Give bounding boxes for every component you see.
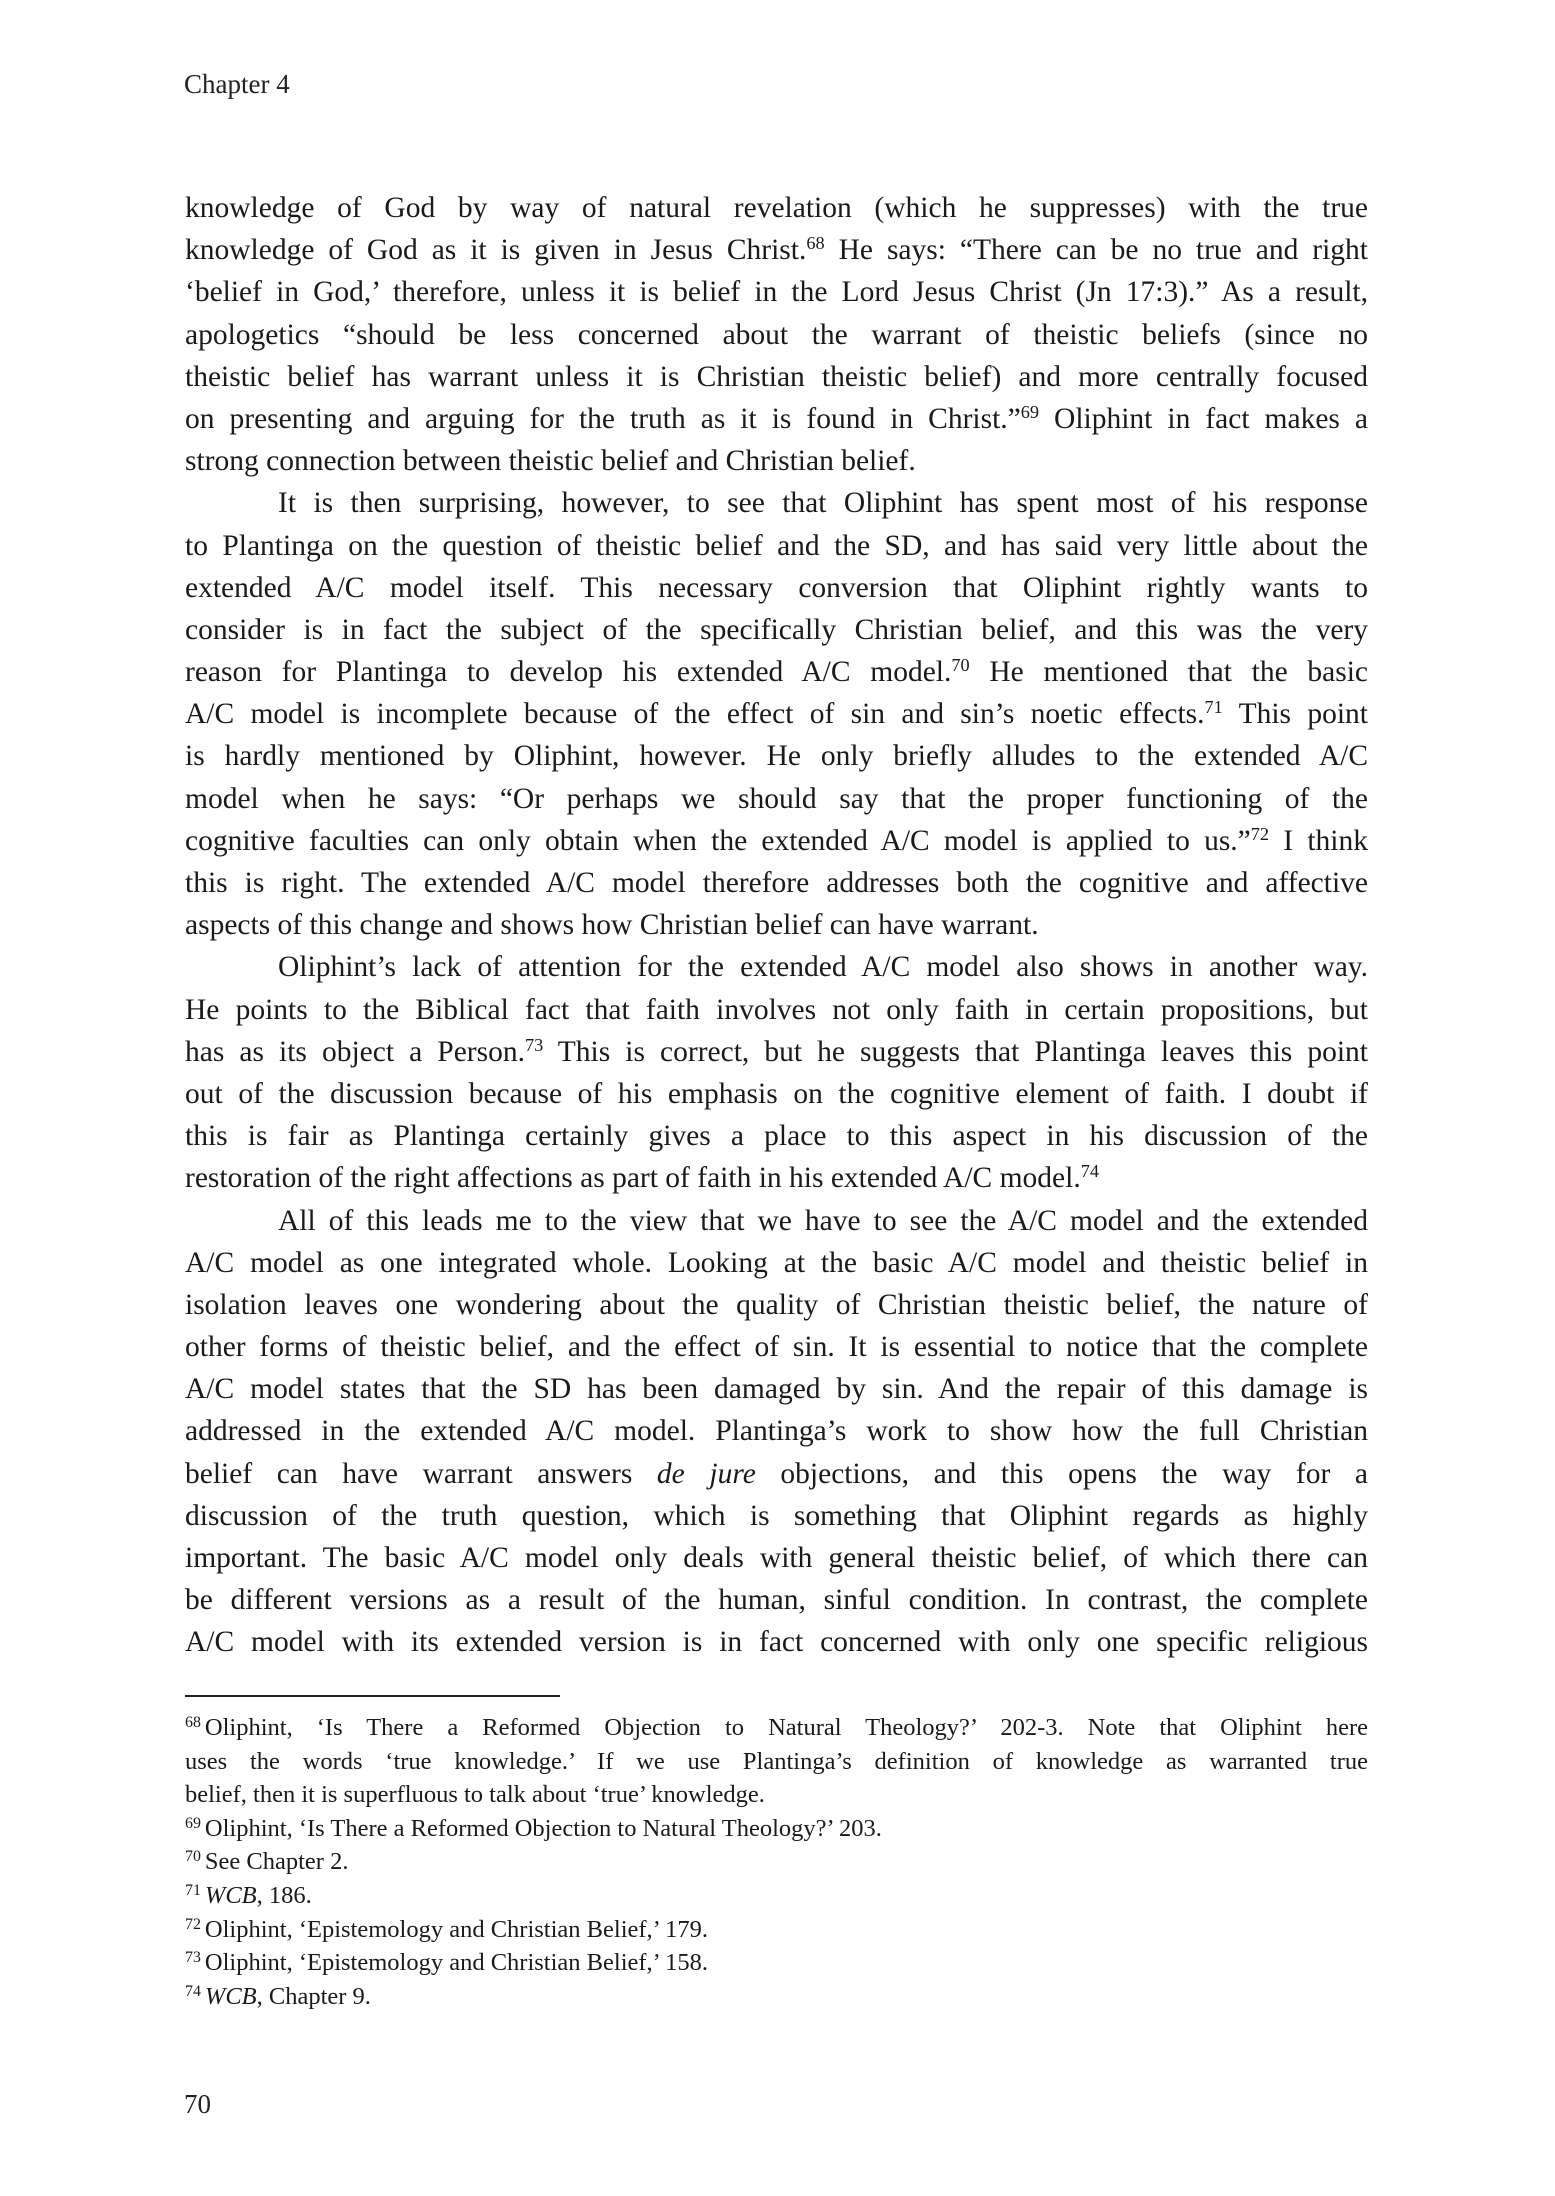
footnote-number: 70 (185, 1848, 201, 1865)
body-line: other forms of theistic belief, and the … (185, 1326, 1368, 1368)
text-run: It is then surprising, however, to see t… (278, 487, 1368, 519)
text-run: belief can have warrant answers (185, 1458, 657, 1490)
footnote-reference: 73 (525, 1035, 543, 1055)
footnote-reference: 70 (951, 655, 969, 675)
body-line: A/C model is incomplete because of the e… (185, 693, 1368, 735)
body-line: to Plantinga on the question of theistic… (185, 525, 1368, 567)
text-run: See Chapter 2. (205, 1848, 349, 1875)
text-run: to Plantinga on the question of theistic… (185, 530, 1368, 562)
footnote-reference: 74 (1081, 1161, 1099, 1181)
body-line: A/C model states that the SD has been da… (185, 1368, 1368, 1410)
text-run: He says: “There can be no true and right (825, 234, 1368, 266)
body-line: ‘belief in God,’ therefore, unless it is… (185, 271, 1368, 313)
italic-text: de jure (657, 1458, 756, 1490)
running-head: Chapter 4 (184, 68, 290, 100)
body-line: this is fair as Plantinga certainly give… (185, 1115, 1368, 1157)
text-run: out of the discussion because of his emp… (185, 1078, 1368, 1110)
body-line: is hardly mentioned by Oliphint, however… (185, 735, 1368, 777)
body-line: A/C model as one integrated whole. Looki… (185, 1242, 1368, 1284)
body-line: cognitive faculties can only obtain when… (185, 820, 1368, 862)
footnote-reference: 69 (1021, 402, 1039, 422)
footnote-line: 69Oliphint, ‘Is There a Reformed Objecti… (185, 1812, 1368, 1846)
footnote-number: 68 (185, 1714, 201, 1731)
text-run: A/C model is incomplete because of the e… (185, 698, 1205, 730)
body-line: extended A/C model itself. This necessar… (185, 567, 1368, 609)
footnote-reference: 72 (1251, 824, 1269, 844)
footnote-number: 73 (185, 1949, 201, 1966)
text-run: aspects of this change and shows how Chr… (185, 909, 1039, 941)
text-run: reason for Plantinga to develop his exte… (185, 656, 951, 688)
text-run: , 186. (257, 1882, 312, 1909)
text-run: He mentioned that the basic (970, 656, 1368, 688)
footnote-line: 73Oliphint, ‘Epistemology and Christian … (185, 1946, 1368, 1980)
footnote-number: 74 (185, 1983, 201, 2000)
text-run: uses the words ‘true knowledge.’ If we u… (185, 1748, 1368, 1775)
body-line: reason for Plantinga to develop his exte… (185, 651, 1368, 693)
footnote-separator (185, 1695, 560, 1697)
body-text: knowledge of God by way of natural revel… (185, 187, 1368, 1664)
body-line: out of the discussion because of his emp… (185, 1073, 1368, 1115)
text-run: this is fair as Plantinga certainly give… (185, 1120, 1368, 1152)
footnote-line: belief, then it is superfluous to talk a… (185, 1778, 1368, 1812)
body-line: knowledge of God as it is given in Jesus… (185, 229, 1368, 271)
text-run: restoration of the right affections as p… (185, 1162, 1081, 1194)
text-run: Oliphint, ‘Is There a Reformed Objection… (205, 1815, 882, 1842)
footnote-69: 69Oliphint, ‘Is There a Reformed Objecti… (185, 1812, 1368, 1846)
body-line: be different versions as a result of the… (185, 1579, 1368, 1621)
body-line: It is then surprising, however, to see t… (185, 482, 1368, 524)
text-run: Oliphint, ‘Epistemology and Christian Be… (205, 1949, 708, 1976)
text-run: Oliphint, ‘Is There a Reformed Objection… (205, 1714, 1368, 1741)
footnote-72: 72Oliphint, ‘Epistemology and Christian … (185, 1913, 1368, 1947)
footnote-line: 71WCB, 186. (185, 1879, 1368, 1913)
body-line: Oliphint’s lack of attention for the ext… (185, 946, 1368, 988)
italic-text: WCB (205, 1983, 257, 2010)
footnote-reference: 68 (806, 233, 824, 253)
text-run: model when he says: “Or perhaps we shoul… (185, 783, 1368, 815)
page-number: 70 (184, 2088, 211, 2120)
body-line: discussion of the truth question, which … (185, 1495, 1368, 1537)
text-run: important. The basic A/C model only deal… (185, 1542, 1368, 1574)
body-line: addressed in the extended A/C model. Pla… (185, 1410, 1368, 1452)
body-line: important. The basic A/C model only deal… (185, 1537, 1368, 1579)
body-line: aspects of this change and shows how Chr… (185, 904, 1368, 946)
body-line: A/C model with its extended version is i… (185, 1621, 1368, 1663)
footnote-71: 71WCB, 186. (185, 1879, 1368, 1913)
body-line: knowledge of God by way of natural revel… (185, 187, 1368, 229)
text-run: All of this leads me to the view that we… (278, 1205, 1368, 1237)
text-run: cognitive faculties can only obtain when… (185, 825, 1251, 857)
text-run: knowledge of God by way of natural revel… (185, 192, 1368, 224)
text-run: extended A/C model itself. This necessar… (185, 572, 1368, 604)
body-line: He points to the Biblical fact that fait… (185, 989, 1368, 1031)
text-run: addressed in the extended A/C model. Pla… (185, 1415, 1368, 1447)
footnote-line: 68Oliphint, ‘Is There a Reformed Objecti… (185, 1711, 1368, 1745)
body-line: belief can have warrant answers de jure … (185, 1453, 1368, 1495)
text-run: ‘belief in God,’ therefore, unless it is… (185, 276, 1368, 308)
text-run: A/C model as one integrated whole. Looki… (185, 1247, 1368, 1279)
footnote-line: uses the words ‘true knowledge.’ If we u… (185, 1745, 1368, 1779)
body-line: isolation leaves one wondering about the… (185, 1284, 1368, 1326)
footnote-74: 74WCB, Chapter 9. (185, 1980, 1368, 2014)
text-run: has as its object a Person. (185, 1036, 525, 1068)
body-line: strong connection between theistic belie… (185, 440, 1368, 482)
body-line: has as its object a Person.73 This is co… (185, 1031, 1368, 1073)
italic-text: WCB (205, 1882, 257, 1909)
footnote-number: 71 (185, 1882, 201, 1899)
text-run: strong connection between theistic belie… (185, 445, 916, 477)
body-line: All of this leads me to the view that we… (185, 1200, 1368, 1242)
footnote-number: 72 (185, 1916, 201, 1933)
text-run: discussion of the truth question, which … (185, 1500, 1368, 1532)
body-line: theistic belief has warrant unless it is… (185, 356, 1368, 398)
text-run: knowledge of God as it is given in Jesus… (185, 234, 806, 266)
footnote-line: 72Oliphint, ‘Epistemology and Christian … (185, 1913, 1368, 1947)
footnote-line: 74WCB, Chapter 9. (185, 1980, 1368, 2014)
footnote-line: 70See Chapter 2. (185, 1845, 1368, 1879)
text-run: , Chapter 9. (257, 1983, 371, 2010)
text-run: This is correct, but he suggests that Pl… (543, 1036, 1368, 1068)
body-line: consider is in fact the subject of the s… (185, 609, 1368, 651)
body-line: apologetics “should be less concerned ab… (185, 314, 1368, 356)
text-run: A/C model states that the SD has been da… (185, 1373, 1368, 1405)
text-run: apologetics “should be less concerned ab… (185, 319, 1368, 351)
text-run: Oliphint, ‘Epistemology and Christian Be… (205, 1916, 708, 1943)
body-line: this is right. The extended A/C model th… (185, 862, 1368, 904)
footnote-68: 68Oliphint, ‘Is There a Reformed Objecti… (185, 1711, 1368, 1812)
text-run: Oliphint in fact makes a (1039, 403, 1368, 435)
footnote-reference: 71 (1205, 697, 1223, 717)
text-run: other forms of theistic belief, and the … (185, 1331, 1368, 1363)
text-run: Oliphint’s lack of attention for the ext… (278, 951, 1368, 983)
text-run: He points to the Biblical fact that fait… (185, 994, 1368, 1026)
text-run: objections, and this opens the way for a (756, 1458, 1368, 1490)
text-run: be different versions as a result of the… (185, 1584, 1368, 1616)
text-run: I think (1269, 825, 1368, 857)
footnote-73: 73Oliphint, ‘Epistemology and Christian … (185, 1946, 1368, 1980)
body-line: on presenting and arguing for the truth … (185, 398, 1368, 440)
body-line: restoration of the right affections as p… (185, 1157, 1368, 1199)
text-run: theistic belief has warrant unless it is… (185, 361, 1368, 393)
text-run: this is right. The extended A/C model th… (185, 867, 1368, 899)
footnote-number: 69 (185, 1815, 201, 1832)
text-run: on presenting and arguing for the truth … (185, 403, 1021, 435)
text-run: consider is in fact the subject of the s… (185, 614, 1368, 646)
text-run: This point (1223, 698, 1368, 730)
text-run: A/C model with its extended version is i… (185, 1626, 1368, 1658)
text-run: isolation leaves one wondering about the… (185, 1289, 1368, 1321)
text-run: is hardly mentioned by Oliphint, however… (185, 740, 1368, 772)
footnotes: 68Oliphint, ‘Is There a Reformed Objecti… (185, 1711, 1368, 2013)
footnote-70: 70See Chapter 2. (185, 1845, 1368, 1879)
text-run: belief, then it is superfluous to talk a… (185, 1781, 765, 1808)
body-line: model when he says: “Or perhaps we shoul… (185, 778, 1368, 820)
